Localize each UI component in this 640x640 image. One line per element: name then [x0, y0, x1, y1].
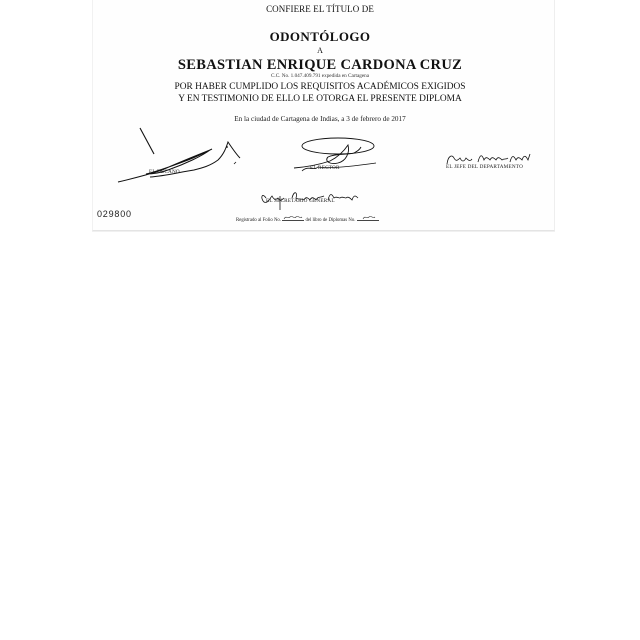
book-number-field	[357, 214, 379, 221]
place-date: En la ciudad de Cartagena de Indias, a 3…	[0, 115, 640, 123]
registration-text-before: Registrado al Folio No.	[236, 218, 281, 223]
degree-title: ODONTÓLOGO	[0, 29, 640, 45]
signature-label-rector: EL RECTOR	[310, 165, 340, 171]
folio-number-field	[282, 214, 304, 221]
serial-number: 029800	[97, 209, 132, 219]
recipient-id: C.C. No. 1.047.409.791 expedida en Carta…	[0, 73, 640, 79]
signature-label-secretary-general: EL SECRETARIO GENERAL	[266, 198, 335, 204]
handwriting-icon	[358, 214, 378, 220]
registration-line: Registrado al Folio No. del libro de Dip…	[236, 214, 379, 223]
signature-label-dean: EL DECANO	[149, 169, 180, 175]
recipient-name: SEBASTIAN ENRIQUE CARDONA CRUZ	[0, 57, 640, 74]
signature-department-head: EL JEFE DEL DEPARTAMENTO	[444, 150, 534, 170]
handwriting-icon	[283, 214, 303, 220]
signature-dean: EL DECANO	[110, 122, 260, 187]
signature-label-department-head: EL JEFE DEL DEPARTAMENTO	[446, 164, 523, 170]
signature-scribble-icon	[110, 122, 260, 187]
preposition: A	[0, 46, 640, 55]
registration-text-middle: del libro de Diplomas No.	[305, 218, 355, 223]
signature-rector: EL RECTOR	[288, 135, 388, 180]
signature-scribble-icon	[288, 135, 388, 180]
statement-line-2: Y EN TESTIMONIO DE ELLO LE OTORGA EL PRE…	[0, 94, 640, 104]
statement-line-1: POR HABER CUMPLIDO LOS REQUISITOS ACADÉM…	[0, 82, 640, 92]
heading: CONFIERE EL TÍTULO DE	[0, 4, 640, 14]
signature-secretary-general: EL SECRETARIO GENERAL	[258, 188, 368, 208]
page: CONFIERE EL TÍTULO DE ODONTÓLOGO A SEBAS…	[0, 0, 640, 640]
